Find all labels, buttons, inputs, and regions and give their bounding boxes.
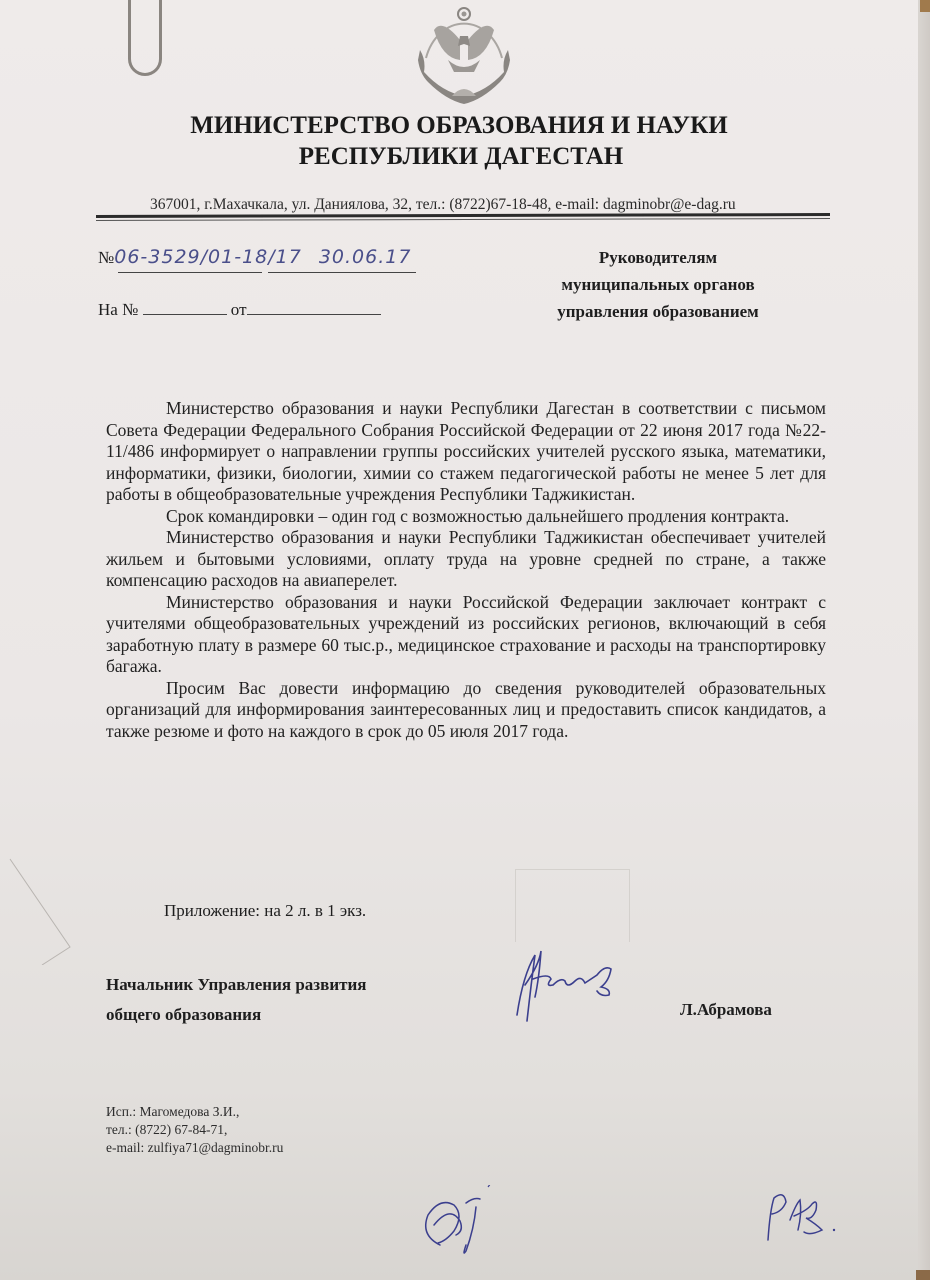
- org-title-line1: МИНИСТЕРСТВО ОБРАЗОВАНИЯ И НАУКИ: [0, 112, 924, 140]
- letterhead-divider-thin: [96, 218, 830, 221]
- desk-corner: [920, 0, 930, 12]
- attachment-note: Приложение: на 2 л. в 1 экз.: [164, 901, 366, 921]
- stamp-area: [515, 869, 630, 942]
- reply-reference: На № от: [98, 298, 381, 320]
- reply-from-label: от: [231, 300, 247, 319]
- letter-page: МИНИСТЕРСТВО ОБРАЗОВАНИЯ И НАУКИ РЕСПУБЛ…: [0, 0, 918, 1280]
- recipient-line2: муниципальных органов: [518, 271, 798, 298]
- executor-phone: тел.: (8722) 67-84-71,: [106, 1121, 283, 1139]
- body-paragraph: Министерство образования и науки Республ…: [106, 527, 826, 592]
- reply-date-blank: [247, 298, 381, 315]
- registration-number: №06-3529/01-18/17 30.06.17: [98, 246, 411, 268]
- executor-email: e-mail: zulfiya71@dagminobr.ru: [106, 1139, 283, 1157]
- initials-signature-icon: [410, 1185, 500, 1260]
- page-edge: [918, 0, 930, 1280]
- recipient-line3: управления образованием: [518, 298, 798, 325]
- initials-signature-icon: [760, 1180, 840, 1250]
- number-sign: №: [98, 248, 114, 267]
- signer-title-line2: общего образования: [106, 1000, 366, 1030]
- signer-title-line1: Начальник Управления развития: [106, 970, 366, 1000]
- letter-body: Министерство образования и науки Республ…: [106, 398, 826, 742]
- org-title-line2: РЕСПУБЛИКИ ДАГЕСТАН: [0, 143, 926, 171]
- executor-name: Исп.: Магомедова З.И.,: [106, 1103, 283, 1121]
- org-address: 367001, г.Махачкала, ул. Даниялова, 32, …: [150, 196, 736, 214]
- executor-info: Исп.: Магомедова З.И., тел.: (8722) 67-8…: [106, 1103, 283, 1157]
- signer-name: Л.Абрамова: [680, 1000, 772, 1020]
- body-paragraph: Срок командировки – один год с возможнос…: [106, 506, 826, 528]
- desk-corner: [916, 1270, 930, 1280]
- handwritten-number: 06-3529/01-18/17: [114, 246, 302, 268]
- recipient-block: Руководителям муниципальных органов упра…: [518, 244, 798, 325]
- reply-number-blank: [143, 298, 227, 315]
- paper-crease: [8, 855, 78, 965]
- signature-icon: [505, 935, 625, 1025]
- recipient-line1: Руководителям: [518, 244, 798, 271]
- signer-title: Начальник Управления развития общего обр…: [106, 970, 366, 1030]
- body-paragraph: Министерство образования и науки Российс…: [106, 592, 826, 678]
- letterhead-divider: [96, 213, 830, 218]
- handwritten-date: 30.06.17: [319, 246, 412, 268]
- date-underline: [268, 272, 416, 273]
- reply-number-label: На №: [98, 300, 138, 319]
- paperclip: [128, 0, 162, 76]
- body-paragraph: Министерство образования и науки Республ…: [106, 398, 826, 506]
- number-underline: [118, 272, 262, 273]
- coat-of-arms-icon: [412, 0, 516, 110]
- body-paragraph: Просим Вас довести информацию до сведени…: [106, 678, 826, 743]
